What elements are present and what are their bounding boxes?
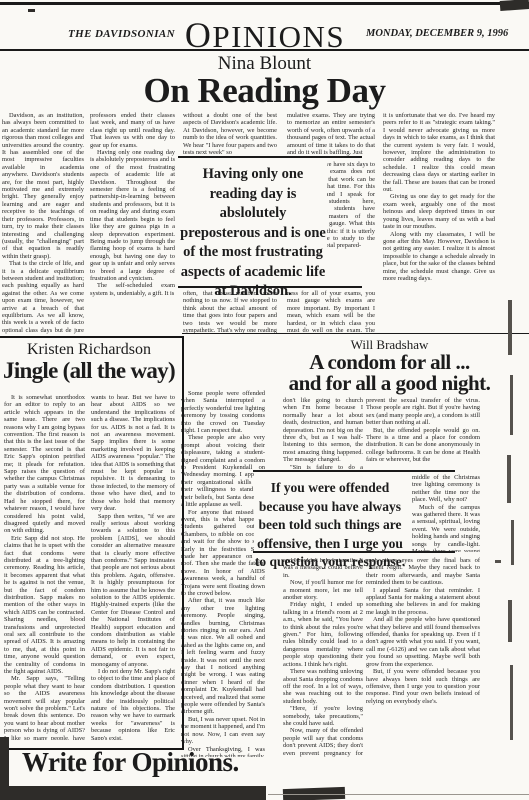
- issue-date: MONDAY, DECEMBER 9, 1996: [366, 28, 508, 39]
- scan-streak-1: [508, 300, 512, 355]
- jingle-column-1: It is somewhat unorthodox for an editor …: [4, 394, 85, 740]
- newspaper-page: THE DAVIDSONIAN OPINIONS MONDAY, DECEMBE…: [0, 0, 529, 800]
- condom-headline-line-2: and for all a good night.: [250, 373, 529, 394]
- scan-streak-4: [511, 520, 514, 565]
- scan-streak-3: [507, 455, 511, 503]
- top-border-line: [0, 2, 529, 5]
- pull-quote-2-bottom-rule: [253, 551, 455, 553]
- reading-day-column-1: Davidson, as an institution, has always …: [2, 112, 84, 334]
- pull-quote-1-bottom-rule: [178, 286, 362, 288]
- jingle-column-2: wants to hear. But we have to hear about…: [91, 394, 175, 740]
- masthead: THE DAVIDSONIAN: [68, 28, 175, 40]
- condom-column-1: Some people were offended when Santa int…: [181, 390, 265, 757]
- reading-day-column-4-top: mulative exams. They are trying to memor…: [287, 112, 375, 157]
- scan-blob-top-right: [500, 0, 529, 11]
- jingle-byline: Kristen Richardson: [0, 341, 178, 359]
- reading-day-column-3-top: without a doubt one of the best aspects …: [183, 112, 277, 157]
- condom-column-3-mid: middle of the Christmas tree lighting ce…: [412, 474, 480, 552]
- condom-column-3-top: prevent the sexual transfer of the virus…: [366, 397, 480, 469]
- condom-article-top-rule: [182, 333, 529, 334]
- condom-column-3-bottom: each others eyes over the final bars of …: [366, 557, 480, 757]
- scan-streak-6: [510, 665, 513, 740]
- scan-speck-top-left: [28, 9, 35, 12]
- header-rule: [0, 49, 529, 51]
- condom-pull-quote: If you were offended because you have al…: [254, 472, 406, 558]
- scan-speck-right: [495, 560, 501, 563]
- jingle-headline: Jingle (all the way): [0, 358, 178, 384]
- reading-day-column-5: it is unfortunate that we do. I've heard…: [383, 112, 495, 334]
- reading-day-column-2: professors ended their classes last week…: [90, 112, 175, 334]
- scan-streak-2: [510, 375, 513, 435]
- reading-day-column-4-bottom: ness for all of your exams, you must gau…: [287, 290, 375, 334]
- bottom-black-bar: [0, 786, 266, 800]
- condom-column-2-top: don't like going to church when I'm home…: [283, 397, 363, 469]
- condom-column-2-bottom: and I couldn't help but smile. It was a …: [283, 557, 363, 757]
- write-for-opinions: Write for Opinions.: [22, 747, 239, 778]
- reading-day-pull-quote: Having only one reading day is abslolute…: [179, 158, 327, 289]
- scan-streak-5: [508, 600, 512, 642]
- reading-day-headline: On Reading Day: [0, 71, 529, 111]
- bottom-faint-rule: [268, 794, 529, 795]
- condom-headline-line-1: A condom for all ...: [250, 352, 529, 373]
